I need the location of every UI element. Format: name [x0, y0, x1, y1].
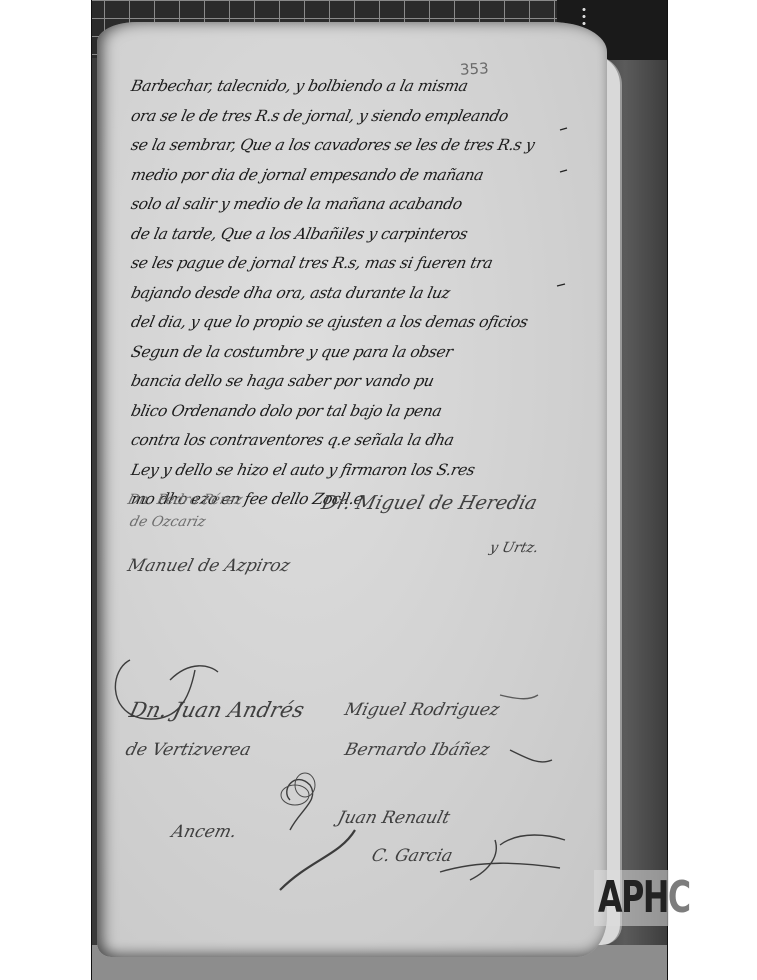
- text-line: bajando desde dha ora, asta durante la l…: [128, 279, 574, 309]
- aphc-watermark: APHC: [594, 870, 704, 926]
- signature-flourishes: [100, 600, 600, 920]
- text-line: medio por dia de jornal empesando de mañ…: [128, 161, 574, 191]
- text-line: blico Ordenando dolo por tal bajo la pen…: [128, 397, 574, 427]
- manuscript-body: Barbechar, talecnido, y bolbiendo a la m…: [128, 72, 568, 515]
- signature-pedro-perez: Dn. Pedro Pérez: [126, 492, 244, 508]
- text-line: contra los contraventores q.e señala la …: [128, 426, 574, 456]
- signature-miguel-heredia-line2: y Urtz.: [488, 540, 540, 556]
- text-line: se les pague de jornal tres R.s, mas si …: [128, 249, 574, 279]
- watermark-text: APHC: [598, 872, 690, 924]
- text-line: se la sembrar, Que a los cavadores se le…: [128, 131, 574, 161]
- text-line: de la tarde, Que a los Albañiles y carpi…: [128, 220, 574, 250]
- signature-pedro-perez-line2: de Ozcariz: [128, 514, 207, 530]
- text-line: bancia dello se haga saber por vando pu: [128, 367, 574, 397]
- signature-manuel-azpiroz: Manuel de Azpiroz: [126, 556, 293, 576]
- text-line: Ley y dello se hizo el auto y firmaron l…: [128, 456, 574, 486]
- margin-marks: [555, 90, 585, 320]
- text-line: del dia, y que lo propio se ajusten a lo…: [128, 308, 574, 338]
- text-line: ora se le de tres R.s de jornal, y siend…: [128, 102, 574, 132]
- text-line: solo al salir y medio de la mañana acaba…: [128, 190, 574, 220]
- text-line: Segun de la costumbre y que para la obse…: [128, 338, 574, 368]
- signature-miguel-heredia: Dr. Miguel de Heredia: [319, 492, 539, 514]
- text-line: Barbechar, talecnido, y bolbiendo a la m…: [128, 72, 574, 102]
